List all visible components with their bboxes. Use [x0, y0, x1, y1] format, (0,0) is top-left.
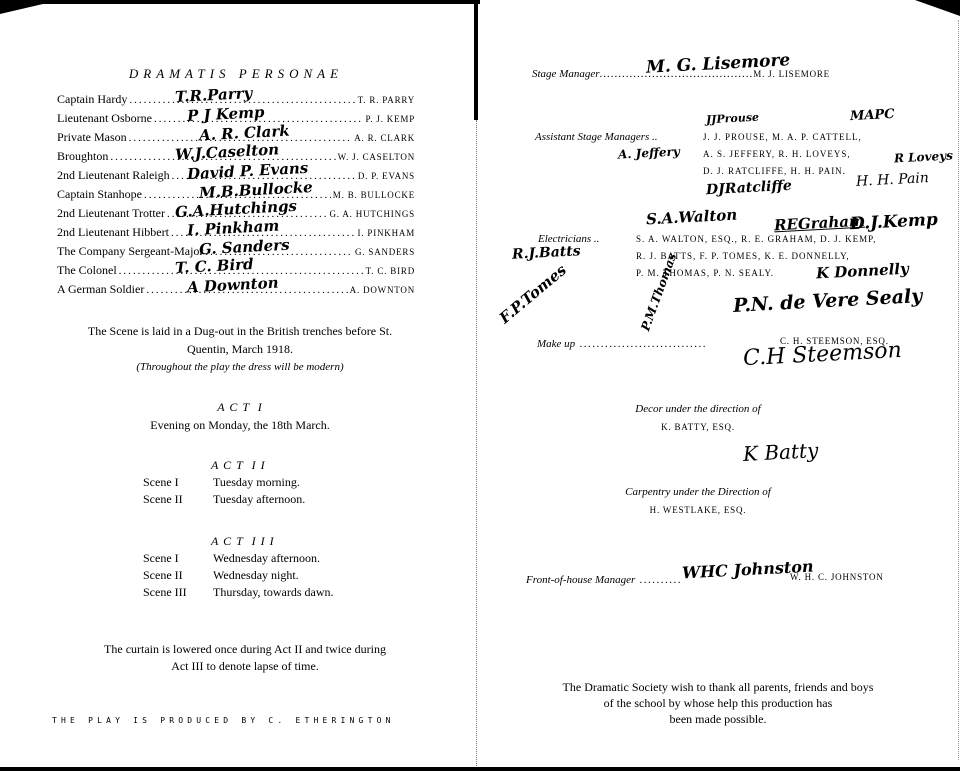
cast-row: A German SoldierA. DOWNTONA Downton	[57, 282, 415, 301]
front-of-house-label: Front-of-house Manager	[526, 574, 635, 586]
act-2-title: A C T I I	[211, 458, 383, 475]
scene-time: Thursday, towards dawn.	[213, 585, 334, 602]
signature-steemson: C.H Steemson	[742, 338, 902, 371]
cast-actor: I. PINKHAM	[358, 228, 416, 238]
act-1: A C T I Evening on Monday, the 18th Marc…	[40, 398, 440, 434]
act-1-description: Evening on Monday, the 18th March.	[40, 416, 440, 434]
cast-actor: M. B. BULLOCKE	[333, 190, 415, 200]
producer-line: THE PLAY IS PRODUCED BY C. ETHERINGTON	[52, 716, 452, 725]
cast-role: Captain Hardy	[57, 92, 127, 107]
act-1-title: A C T I	[40, 398, 440, 416]
cast-role: Private Mason	[57, 130, 127, 145]
scene-label: Scene I	[143, 551, 213, 568]
cast-role: The Company Sergeant-Major	[57, 244, 203, 259]
cast-role: 2nd Lieutenant Trotter	[57, 206, 165, 221]
scene-label: Scene I	[143, 475, 213, 492]
signature-sealy: P.N. de Vere Sealy	[733, 285, 923, 317]
stage-manager-label: Stage Manager	[532, 68, 600, 80]
thanks-note: The Dramatic Society wish to thank all p…	[518, 679, 918, 727]
curtain-note: The curtain is lowered once during Act I…	[40, 641, 450, 675]
make-up-row: Make up ..............................	[537, 334, 707, 352]
cast-role: Lieutenant Osborne	[57, 111, 152, 126]
signature-walton: S.A.Walton	[646, 206, 738, 229]
scene-setting: The Scene is laid in a Dug-out in the Br…	[40, 322, 440, 376]
cast-role: The Colonel	[57, 263, 117, 278]
decor-label: Decor under the direction of	[578, 400, 818, 418]
thanks-line2: of the school by whose help this product…	[518, 695, 918, 711]
cast-role: A German Soldier	[57, 282, 144, 297]
cast-list: Captain HardyT. R. PARRYT.R.ParryLieuten…	[57, 92, 415, 301]
asm-names: J. J. PROUSE, M. A. P. CATTELL,A. S. JEF…	[703, 129, 862, 180]
credit-line: S. A. WALTON, ESQ., R. E. GRAHAM, D. J. …	[636, 231, 876, 248]
cast-actor: T. C. BIRD	[366, 266, 415, 276]
credit-line: A. S. JEFFERY, R. H. LOVEYS,	[703, 146, 862, 163]
credit-line: J. J. PROUSE, M. A. P. CATTELL,	[703, 129, 862, 146]
cast-role: Captain Stanhope	[57, 187, 142, 202]
scene-setting-line1: The Scene is laid in a Dug-out in the Br…	[40, 322, 440, 340]
thanks-line3: been made possible.	[518, 711, 918, 727]
scene-time: Tuesday afternoon.	[213, 492, 305, 509]
act-3: A C T I I I Scene IWednesday afternoon.S…	[143, 534, 383, 602]
scene-row: Scene IITuesday afternoon.	[143, 492, 383, 509]
leader-dots: ..........	[635, 574, 682, 586]
signature-jeffery: A. Jeffery	[618, 144, 680, 161]
signature-pain: H. H. Pain	[856, 170, 930, 190]
scene-row: Scene IIWednesday night.	[143, 568, 383, 585]
signature-kemp: D.J.Kemp	[850, 210, 939, 235]
scene-setting-line2: Quentin, March 1918.	[40, 340, 440, 358]
cast-actor: A. DOWNTON	[350, 285, 415, 295]
carpentry-credit: Carpentry under the Direction of H. WEST…	[578, 483, 818, 519]
scene-time: Tuesday morning.	[213, 475, 300, 492]
cast-role: 2nd Lieutenant Hibbert	[57, 225, 169, 240]
scene-label: Scene II	[143, 492, 213, 509]
act-2-scenes: Scene ITuesday morning.Scene IITuesday a…	[143, 475, 383, 509]
cast-role: Broughton	[57, 149, 108, 164]
asm-label-text: Assistant Stage Managers	[535, 131, 649, 143]
signature-cattell: MAPC	[850, 107, 895, 124]
dress-note: (Throughout the play the dress will be m…	[40, 358, 440, 376]
scene-row: Scene ITuesday morning.	[143, 475, 383, 492]
signature-batts: R.J.Batts	[512, 243, 581, 263]
scene-label: Scene II	[143, 568, 213, 585]
cast-actor: D. P. EVANS	[358, 171, 415, 181]
signature-batty: K Batty	[742, 438, 818, 466]
right-page: Stage Manager...........................…	[478, 0, 960, 771]
signature-tomes: F.P.Tomes	[496, 261, 570, 327]
leader-dots: ..............................	[575, 338, 707, 350]
scene-row: Scene IIIThursday, towards dawn.	[143, 585, 383, 602]
act-3-title: A C T I I I	[211, 534, 383, 551]
cast-actor: T. R. PARRY	[358, 95, 415, 105]
act-3-scenes: Scene IWednesday afternoon.Scene IIWedne…	[143, 551, 383, 602]
signature-ratcliffe: DJRatcliffe	[706, 178, 793, 198]
curtain-note-line2: Act III to denote lapse of time.	[40, 658, 450, 675]
cast-actor: A. R. CLARK	[354, 133, 415, 143]
front-of-house-row: Front-of-house Manager ..........	[526, 570, 682, 588]
scene-label: Scene III	[143, 585, 213, 602]
thanks-line1: The Dramatic Society wish to thank all p…	[518, 679, 918, 695]
cast-actor: G. A. HUTCHINGS	[329, 209, 415, 219]
asm-label: Assistant Stage Managers ..	[535, 131, 658, 143]
signature-loveys: R Loveys	[894, 148, 954, 165]
curtain-note-line1: The curtain is lowered once during Act I…	[40, 641, 450, 658]
cast-actor: W. J. CASELTON	[338, 152, 415, 162]
signature-prouse: JJProuse	[706, 111, 760, 127]
decor-name: K. BATTY, ESQ.	[578, 418, 818, 436]
left-page: DRAMATIS PERSONAE Captain HardyT. R. PAR…	[0, 0, 476, 771]
carpentry-label: Carpentry under the Direction of	[578, 483, 818, 501]
scene-time: Wednesday night.	[213, 568, 299, 585]
decor-credit: Decor under the direction of K. BATTY, E…	[578, 400, 818, 436]
scene-time: Wednesday afternoon.	[213, 551, 320, 568]
cast-actor: P. J. KEMP	[365, 114, 415, 124]
cast-role: 2nd Lieutenant Raleigh	[57, 168, 170, 183]
cast-actor: G. SANDERS	[355, 247, 415, 257]
act-2: A C T I I Scene ITuesday morning.Scene I…	[143, 458, 383, 509]
signature-donnelly: K Donnelly	[816, 260, 910, 283]
make-up-label: Make up	[537, 338, 575, 350]
carpentry-name: H. WESTLAKE, ESQ.	[578, 501, 818, 519]
scene-row: Scene IWednesday afternoon.	[143, 551, 383, 568]
dramatis-personae-heading: DRAMATIS PERSONAE	[57, 66, 415, 82]
